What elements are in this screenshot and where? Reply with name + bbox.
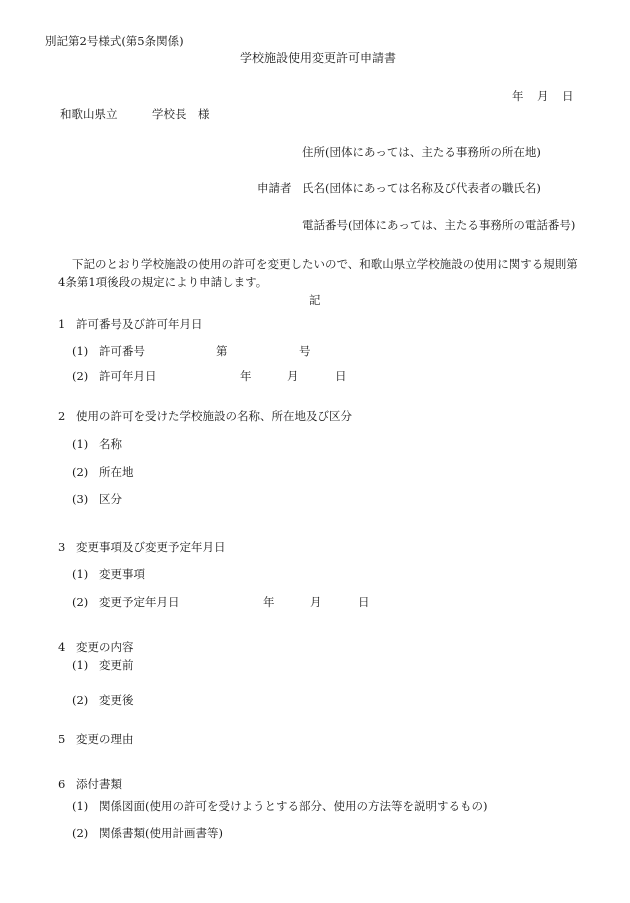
item-1-2-number: (2) (72, 371, 88, 383)
section-2-heading: 使用の許可を受けた学校施設の名称、所在地及び区分 (76, 411, 352, 423)
applicant-phone: 電話番号(団体にあっては、主たる事務所の電話番号) (302, 220, 575, 232)
section-6-heading: 添付書類 (76, 779, 122, 791)
item-2-1-number: (1) (72, 439, 88, 451)
body-line-1: 下記のとおり学校施設の使用の許可を変更したいので、和歌山県立学校施設の使用に関す… (72, 259, 578, 271)
change-date-month: 月 (310, 597, 322, 609)
item-6-2-number: (2) (72, 828, 88, 840)
item-1-1-label: 許可番号 (99, 346, 145, 358)
item-1-2-label: 許可年月日 (99, 371, 157, 383)
item-2-2-number: (2) (72, 467, 88, 479)
item-2-1-label: 名称 (99, 439, 122, 451)
item-4-2-number: (2) (72, 695, 88, 707)
body-line-2: 4条第1項後段の規定により申請します。 (58, 277, 267, 289)
item-1-1-number: (1) (72, 346, 88, 358)
item-2-3-label: 区分 (99, 494, 122, 506)
section-3-number: 3 (58, 542, 65, 554)
item-3-2-label: 変更予定年月日 (99, 597, 180, 609)
item-2-3-number: (3) (72, 494, 88, 506)
document-title: 学校施設使用変更許可申請書 (240, 52, 396, 64)
item-3-1-number: (1) (72, 569, 88, 581)
addressee-suffix: 学校長 様 (152, 109, 210, 121)
section-2-number: 2 (58, 411, 65, 423)
date-month-label: 月 (537, 91, 549, 103)
section-1-heading: 許可番号及び許可年月日 (76, 319, 203, 331)
permit-number-suffix: 号 (299, 346, 311, 358)
applicant-address: 住所(団体にあっては、主たる事務所の所在地) (302, 147, 541, 159)
item-4-2-label: 変更後 (99, 695, 134, 707)
item-4-1-label: 変更前 (99, 660, 134, 672)
item-3-1-label: 変更事項 (99, 569, 145, 581)
applicant-label: 申請者 (257, 183, 292, 195)
change-date-year: 年 (263, 597, 275, 609)
applicant-name: 氏名(団体にあっては名称及び代表者の職氏名) (302, 183, 541, 195)
ki-heading: 記 (309, 295, 321, 307)
section-4-heading: 変更の内容 (76, 642, 134, 654)
permit-number-prefix: 第 (216, 346, 228, 358)
section-4-number: 4 (58, 642, 65, 654)
item-4-1-number: (1) (72, 660, 88, 672)
permit-date-month: 月 (287, 371, 299, 383)
permit-date-year: 年 (240, 371, 252, 383)
section-1-number: 1 (58, 319, 65, 331)
permit-date-day: 日 (335, 371, 347, 383)
item-6-1-label: 関係図面(使用の許可を受けようとする部分、使用の方法等を説明するもの) (99, 801, 487, 813)
item-6-2-label: 関係書類(使用計画書等) (99, 828, 223, 840)
form-label: 別記第2号様式(第5条関係) (45, 36, 184, 48)
date-day-label: 日 (562, 91, 574, 103)
item-3-2-number: (2) (72, 597, 88, 609)
item-6-1-number: (1) (72, 801, 88, 813)
section-5-heading: 変更の理由 (76, 734, 134, 746)
change-date-day: 日 (358, 597, 370, 609)
item-2-2-label: 所在地 (99, 467, 134, 479)
section-3-heading: 変更事項及び変更予定年月日 (76, 542, 226, 554)
date-year-label: 年 (512, 91, 524, 103)
addressee-prefix: 和歌山県立 (60, 109, 118, 121)
section-5-number: 5 (58, 734, 65, 746)
section-6-number: 6 (58, 779, 65, 791)
